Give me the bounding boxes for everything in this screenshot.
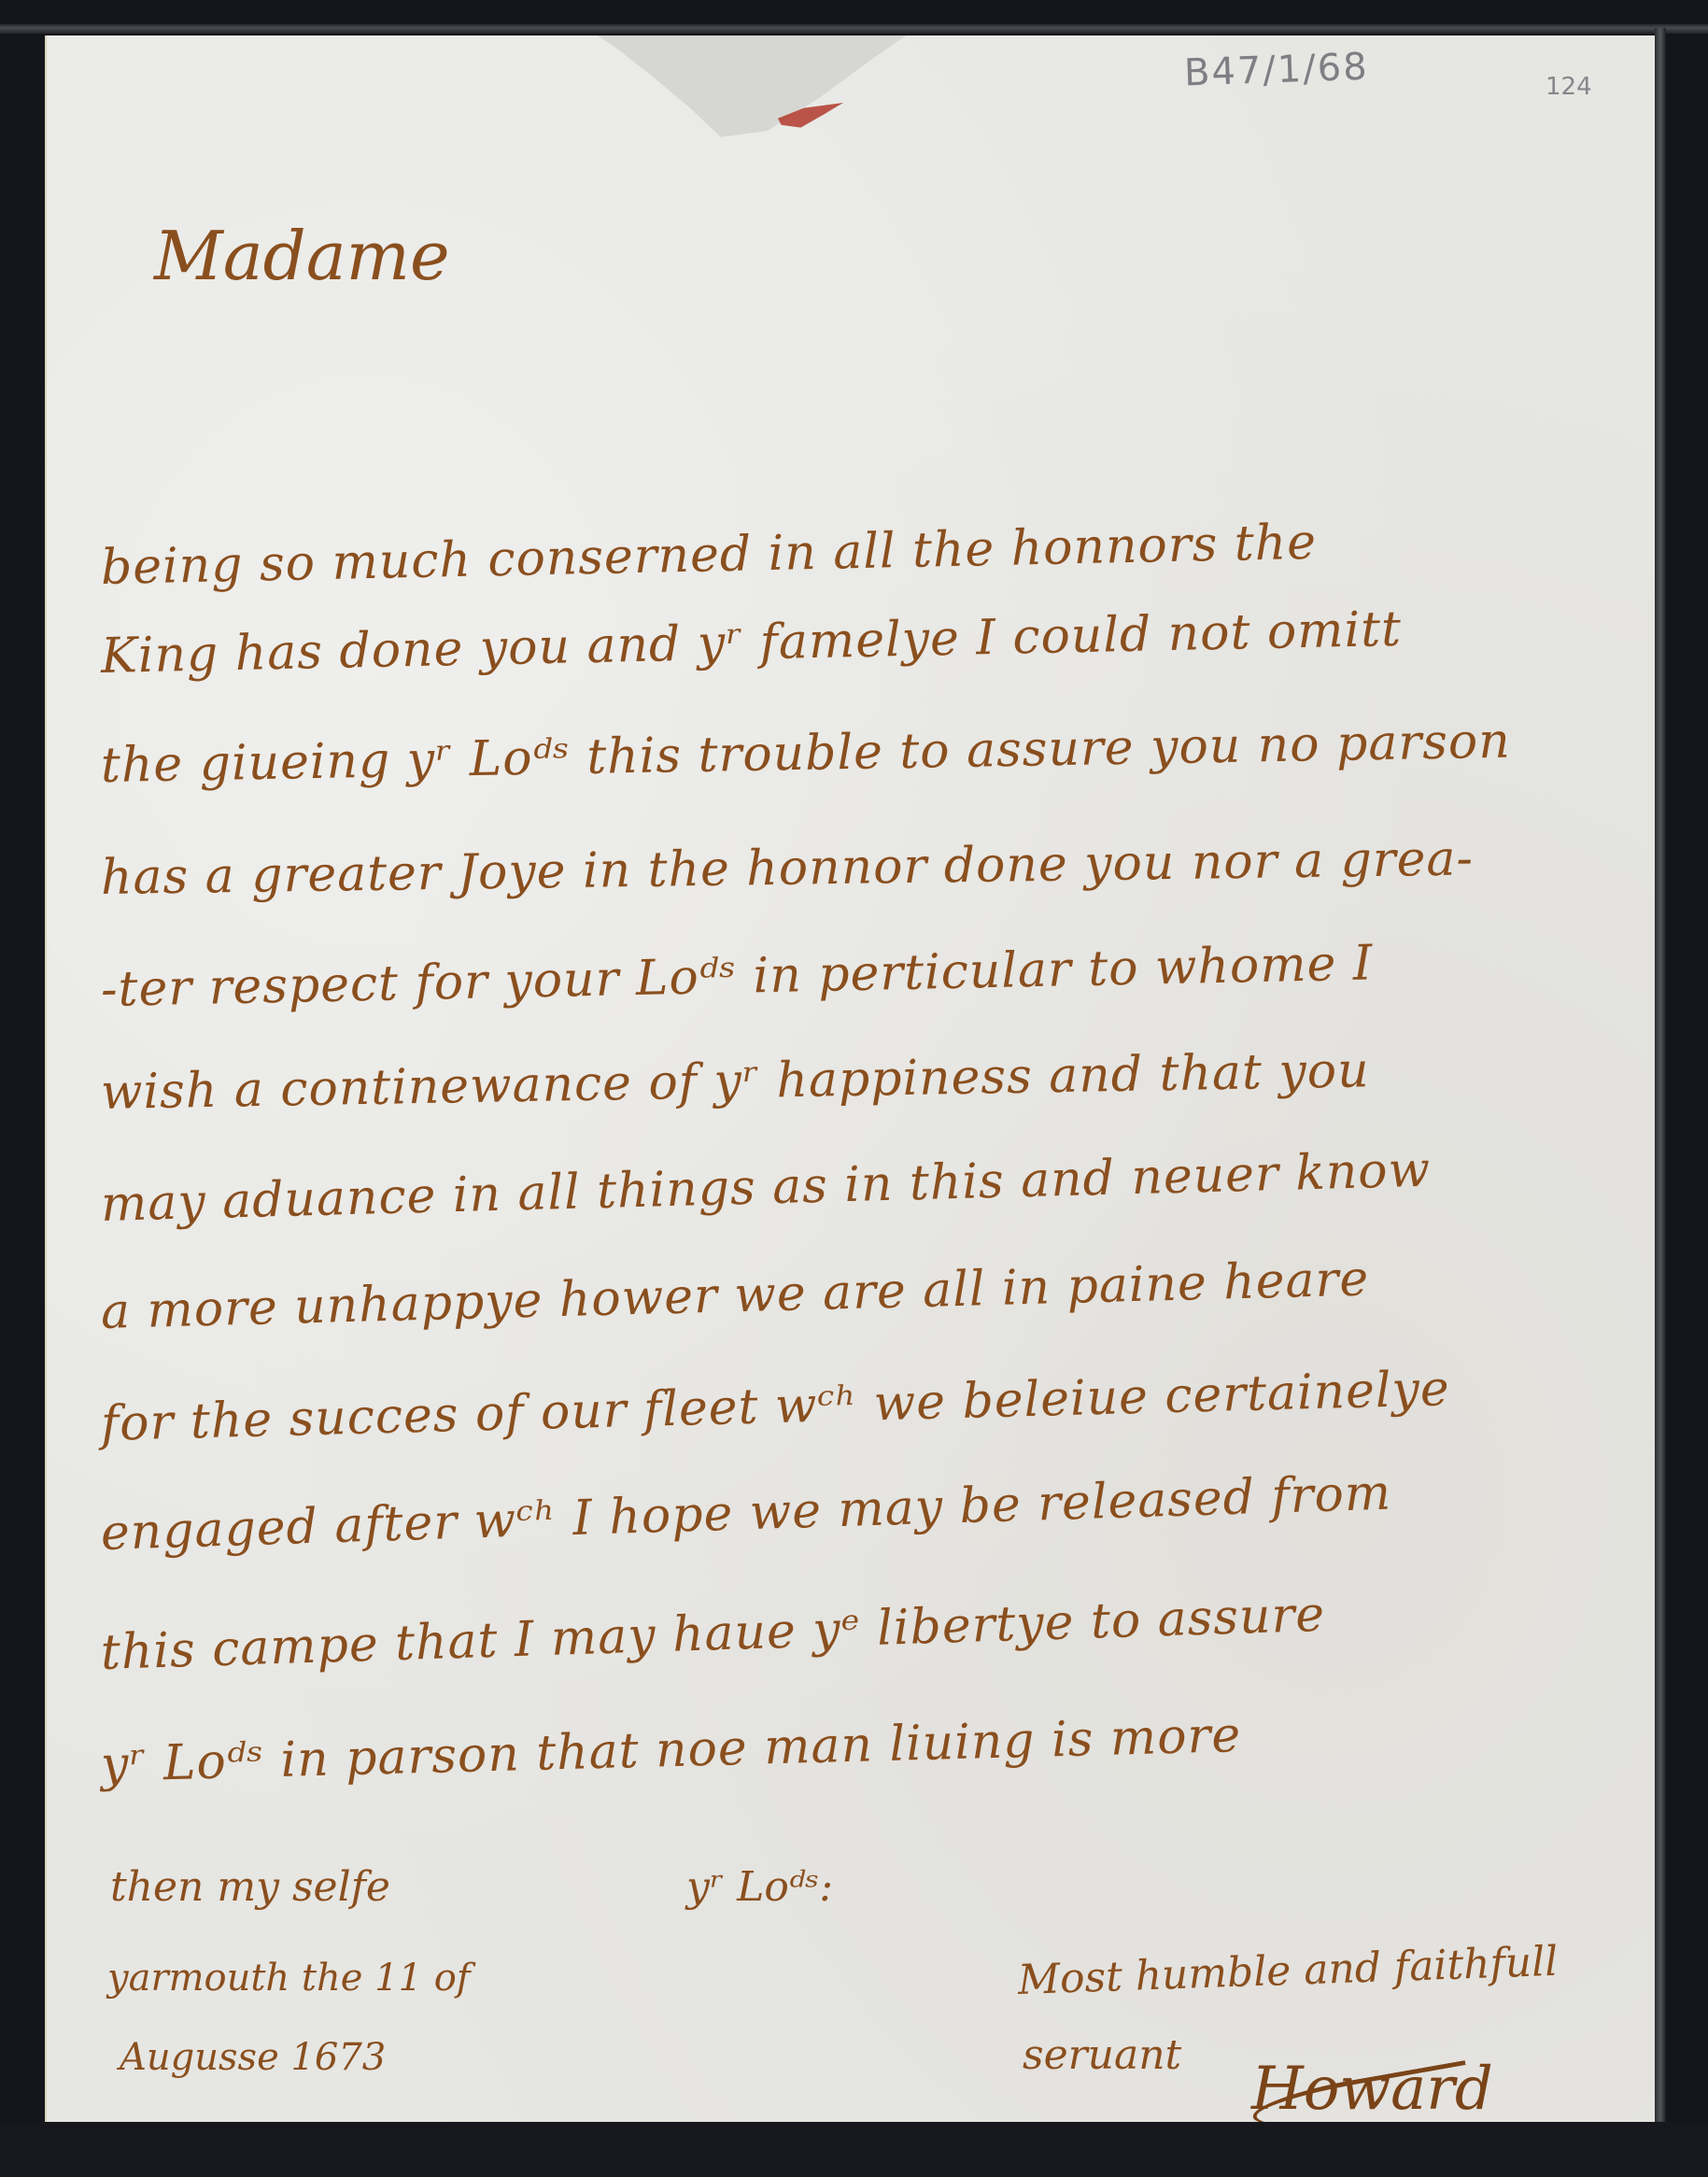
mount-bottom [0,2122,1708,2177]
place-line: yarmouth the 11 of [107,1957,471,2000]
address-to-lordship: yʳ Loᵈˢ: [686,1863,833,1911]
mount-top-edge [0,24,1708,34]
archive-reference: B47/1/68 [1183,46,1369,95]
closing-servant: seruant [1023,2031,1181,2079]
salutation: Madame [154,217,450,295]
signature: Howard [1251,2055,1493,2124]
mount-right-edge [1655,28,1666,2129]
letter-last-line: then my selfe [110,1863,390,1911]
folio-number: 124 [1546,73,1592,101]
date-line: Augusse 1673 [120,2036,386,2079]
